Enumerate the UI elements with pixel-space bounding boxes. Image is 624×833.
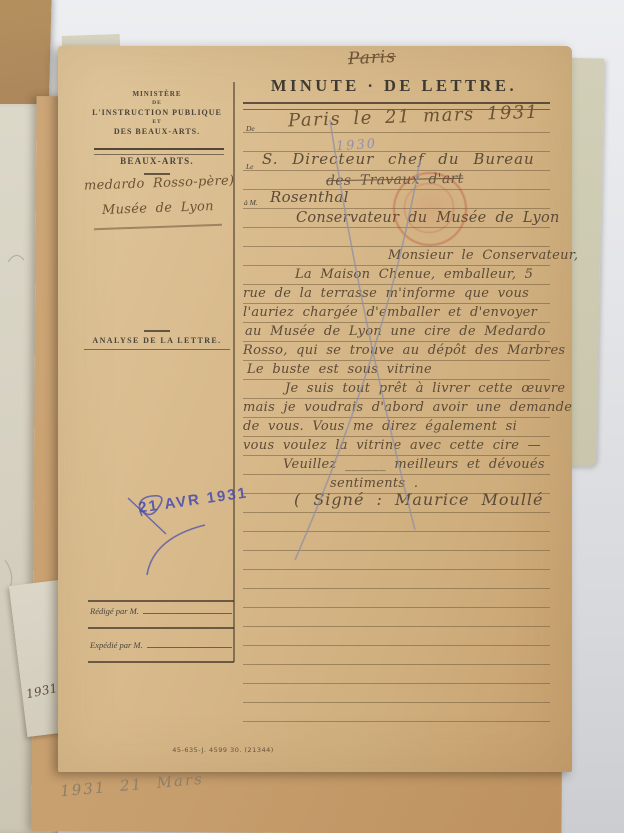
department-label: BEAUX-ARTS. (82, 156, 232, 166)
ministry-letterhead: MINISTÈRE DE L'INSTRUCTION PUBLIQUE ET D… (82, 90, 232, 137)
margin-note-museum: Musée de Lyon (102, 199, 214, 218)
body-line: l'auriez chargée d'emballer et d'envoyer (243, 303, 565, 322)
recipient-prefix: à M. (244, 198, 258, 207)
body-line: Le buste est sous vitrine (247, 360, 565, 379)
fill-in-line (143, 613, 232, 614)
margin-note-underline (94, 224, 222, 230)
analyse-underline (84, 349, 230, 350)
body-line: Monsieur le Conservateur, (388, 246, 565, 265)
form-title: MINUTE · DE LETTRE. (236, 76, 552, 96)
expedie-row: Expédié par M. (90, 640, 234, 650)
body-line: La Maison Chenue, emballeur, 5 (295, 265, 565, 284)
ministry-line: ET (82, 119, 232, 125)
round-red-ink-stamp (393, 172, 467, 246)
minute-de-lettre-document: MINISTÈRE DE L'INSTRUCTION PUBLIQUE ET D… (58, 46, 572, 772)
body-line: vous voulez la vitrine avec cette cire — (243, 436, 565, 455)
department-rule (144, 173, 170, 175)
body-line: Veuillez ______ meilleurs et dévoués (283, 455, 565, 474)
ministry-line: DE (82, 100, 232, 106)
expedie-label: Expédié par M. (90, 640, 143, 650)
date-prefix: De (246, 124, 255, 133)
handwritten-sender: S. Directeur chef du Bureau (262, 150, 535, 168)
body-line: au Musée de Lyon une cire de Medardo (245, 322, 565, 341)
ministry-line: DES BEAUX-ARTS. (82, 127, 232, 136)
redige-row: Rédigé par M. (90, 606, 234, 616)
crossed-out-city: Paris (348, 47, 397, 69)
left-column-rule (88, 627, 234, 629)
analyse-label: ANALYSE DE LA LETTRE. (78, 336, 236, 345)
sender-prefix: Le (246, 162, 254, 171)
body-line: Rosso, qui se trouve au dépôt des Marbre… (243, 341, 565, 360)
body-line: rue de la terrasse m'informe que vous (243, 284, 565, 303)
left-column-rule (88, 661, 234, 663)
printer-reference-code: 45-635-J. 4599 30. (21344) (158, 746, 288, 754)
fill-in-line (147, 647, 232, 648)
redige-label: Rédigé par M. (90, 606, 139, 616)
letter-body: Monsieur le Conservateur, La Maison Chen… (243, 246, 565, 493)
handwritten-signature: ( Signé : Maurice Moullé (294, 490, 544, 509)
archival-photo: 1931 MINISTÈRE DE L'INSTRUCTION PUBLIQUE… (0, 0, 624, 833)
body-line: de vous. Vous me direz également si (243, 417, 565, 436)
ministry-line: L'INSTRUCTION PUBLIQUE (82, 108, 232, 117)
ministry-line: MINISTÈRE (82, 90, 232, 98)
handwritten-recipient-name: Rosenthal (270, 188, 349, 206)
analyse-top-rule (144, 330, 170, 332)
column-divider-line (233, 82, 235, 662)
letterhead-rule (94, 148, 224, 155)
left-column-rule (88, 600, 234, 602)
margin-note-subject: medardo Rosso-père) (84, 173, 235, 193)
body-line: mais je voudrais d'abord avoir une deman… (243, 398, 565, 417)
body-line: Je suis tout prêt à livrer cette œuvre (285, 379, 565, 398)
